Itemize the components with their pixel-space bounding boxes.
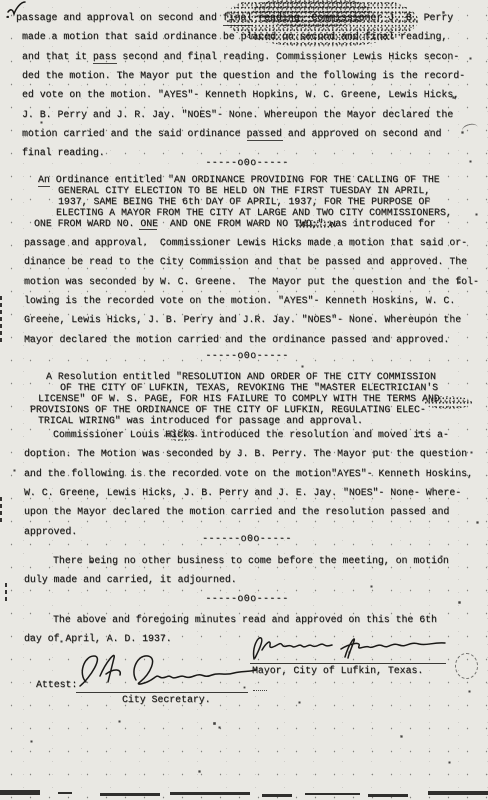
- ordinance-title-block: An Ordinance entitled "AN ORDINANCE PROV…: [0, 175, 452, 230]
- underline-mark-passed: [247, 140, 283, 141]
- text-line: ed vote on the motion. "AYES"- Kenneth H…: [22, 85, 465, 104]
- text-line: Greene, Lewis Hicks, J. B. Perry and J.R…: [24, 310, 479, 329]
- secretary-signature-stroke-2: [134, 656, 256, 684]
- page-bottom-edge-mark: [0, 790, 40, 795]
- page-bottom-edge-mark: [100, 793, 160, 796]
- section-divider-1: -----o0o-----: [24, 157, 470, 169]
- page-bottom-edge-mark: [305, 793, 360, 795]
- mayor-signature-stroke-1: [254, 638, 332, 659]
- secretary-signature-stroke-1: [80, 655, 120, 686]
- hole-punch-stain: [455, 653, 478, 679]
- text-line: ONE FROM WARD NO. ONE AND ONE FROM WARD …: [34, 219, 452, 230]
- text-line: The above and foregoing minutes read and…: [24, 610, 437, 629]
- text-line: ded the motion. The Mayor put the questi…: [22, 66, 465, 85]
- page-bottom-edge-mark: [170, 792, 250, 795]
- ink-smudge-elec: [424, 396, 472, 409]
- text-line: dinance be read to the City Commission a…: [24, 252, 479, 271]
- margin-ink-mark: [0, 497, 2, 523]
- text-line: lowing is the recorded vote on the motio…: [24, 291, 479, 310]
- secretary-title: City Secretary.: [122, 694, 211, 705]
- page-bottom-edge-mark: [428, 791, 488, 795]
- mayor-title: Mayor, City of Lufkin, Texas.: [252, 665, 423, 676]
- text-line: motion was seconded by W. C. Greene. The…: [24, 272, 479, 291]
- text-line: W. C. Greene, Lewis Hicks, J. B. Perry a…: [24, 483, 473, 502]
- scan-noise-specks: [0, 0, 1, 1]
- text-line: doption. The Motion was seconded by J. B…: [24, 444, 473, 463]
- margin-ink-mark: [5, 583, 7, 603]
- page-bottom-edge-mark: [368, 794, 408, 797]
- underline-mark-an: [38, 186, 50, 187]
- minutes-paragraph-2: passage and approval. Commissioner Lewis…: [24, 233, 479, 349]
- text-line: upon the Mayor declared the motion carri…: [24, 502, 473, 521]
- page-bottom-edge-mark: [58, 792, 72, 794]
- margin-ink-mark: [0, 296, 2, 342]
- section-divider-2: -----o0o-----: [24, 350, 470, 362]
- text-line: Commissioner Louis Hicks introduced the …: [24, 425, 473, 444]
- resolution-title-block: A Resolution entitled "RESOLUTION AND OR…: [0, 372, 440, 427]
- underline-mark-final: [223, 25, 253, 26]
- scanned-minutes-page: passage and approval on second and final…: [0, 0, 488, 800]
- mayor-signature-stroke-2: [341, 639, 445, 658]
- ink-smudge-hicks: [163, 429, 197, 441]
- text-line: and the following is the recorded vote o…: [24, 464, 473, 483]
- underline-mark-pass: [93, 63, 117, 64]
- secretary-signature: [64, 644, 262, 696]
- mayor-signature: [248, 633, 452, 665]
- text-line: and that it pass second and final readin…: [22, 47, 465, 66]
- ink-smudge-ward-two: [295, 220, 337, 230]
- text-line: motion carried and the said ordinance pa…: [22, 124, 465, 143]
- text-line: There being no other business to come be…: [24, 551, 449, 570]
- text-line: duly made and carried, it adjourned.: [24, 570, 449, 589]
- section-divider-3: ------o0o-----: [24, 533, 470, 545]
- checkmark-flourish: [7, 16, 8, 17]
- underline-mark-one: [139, 229, 157, 230]
- text-line: Mayor declared the motion carried and th…: [24, 330, 479, 349]
- section-divider-4: -----o0o-----: [24, 593, 470, 605]
- ink-dots: [253, 690, 267, 691]
- text-line: ELECTING A MAYOR FROM THE CITY AT LARGE …: [56, 208, 452, 219]
- minutes-paragraph-3: Commissioner Louis Hicks introduced the …: [24, 425, 473, 541]
- text-line: PROVISIONS OF THE ORDINANCE OF THE CITY …: [30, 405, 440, 416]
- minutes-paragraph-4: There being no other business to come be…: [24, 551, 449, 590]
- text-line: J. B. Perry and J. R. Jay. "NOES"- None.…: [22, 105, 465, 124]
- page-bottom-edge-mark: [262, 794, 292, 797]
- text-line: passage and approval. Commissioner Lewis…: [24, 233, 479, 252]
